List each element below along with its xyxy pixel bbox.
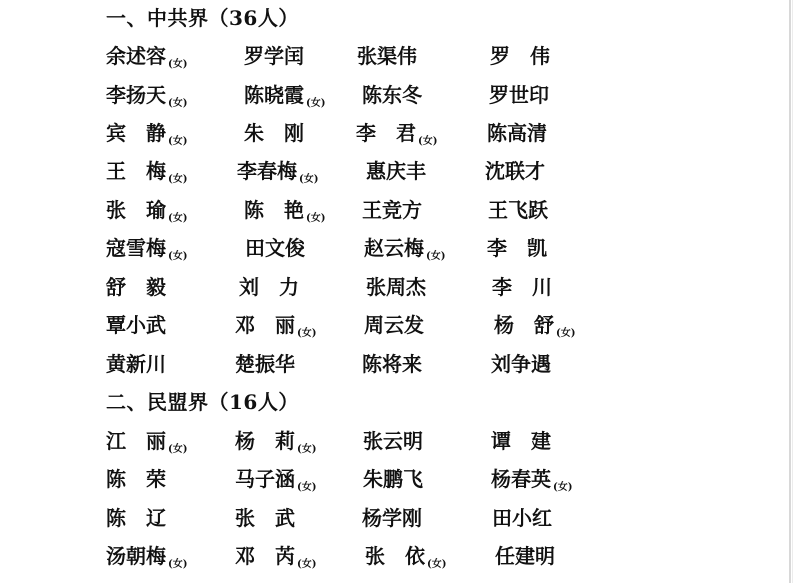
member-name: 宾 静(女) — [106, 120, 187, 146]
name-row: 覃小武 邓 丽(女) 周云发 杨 舒(女) — [0, 312, 787, 338]
member-name: 刘 力 — [239, 274, 299, 300]
page-border — [789, 0, 791, 583]
page-border-shadow — [792, 0, 793, 583]
member-name: 陈将来 — [362, 351, 422, 377]
member-name: 王竞方 — [362, 197, 422, 223]
member-name: 王 梅(女) — [106, 158, 187, 184]
female-marker: (女) — [427, 559, 446, 570]
member-name: 罗 伟 — [490, 43, 550, 69]
member-name: 黄新川 — [106, 351, 166, 377]
member-name: 覃小武 — [106, 312, 166, 338]
member-name: 朱 刚 — [244, 120, 304, 146]
member-name: 李扬天(女) — [106, 82, 187, 108]
name-row: 舒 毅 刘 力 张周杰 李 川 — [0, 274, 787, 300]
member-name: 张云明 — [363, 428, 423, 454]
member-name: 任建明 — [495, 543, 555, 569]
name-row: 王 梅(女) 李春梅(女) 惠庆丰 沈联才 — [0, 158, 787, 184]
member-name: 江 丽(女) — [106, 428, 187, 454]
member-name: 陈东冬 — [362, 82, 422, 108]
member-name: 陈 辽 — [106, 505, 166, 531]
member-name: 张渠伟 — [357, 43, 417, 69]
member-name: 罗世印 — [489, 82, 549, 108]
member-name: 陈晓霞(女) — [244, 82, 325, 108]
member-name: 邓 丽(女) — [235, 312, 316, 338]
name-row: 余述容(女) 罗学闰 张渠伟 罗 伟 — [0, 43, 787, 69]
name-row: 寇雪梅(女) 田文俊 赵云梅(女) 李 凯 — [0, 235, 787, 261]
member-name: 李 凯 — [487, 235, 547, 261]
name-row: 汤朝梅(女) 邓 芮(女) 张 依(女) 任建明 — [0, 543, 787, 569]
member-name: 杨 莉(女) — [235, 428, 316, 454]
member-name: 刘争遇 — [491, 351, 551, 377]
member-name: 周云发 — [364, 312, 424, 338]
member-name: 张 依(女) — [365, 543, 446, 569]
female-marker: (女) — [297, 444, 316, 455]
female-marker: (女) — [168, 98, 187, 109]
member-name: 杨 舒(女) — [494, 312, 575, 338]
member-name: 张周杰 — [366, 274, 426, 300]
member-name: 舒 毅 — [106, 274, 166, 300]
female-marker: (女) — [168, 174, 187, 185]
member-name: 李 君(女) — [356, 120, 437, 146]
member-name: 马子涵(女) — [235, 466, 316, 492]
female-marker: (女) — [299, 174, 318, 185]
member-name: 杨春英(女) — [491, 466, 572, 492]
member-name: 陈 艳(女) — [244, 197, 325, 223]
female-marker: (女) — [297, 559, 316, 570]
member-name: 沈联才 — [485, 158, 545, 184]
member-name: 陈高清 — [487, 120, 547, 146]
female-marker: (女) — [168, 213, 187, 224]
name-row: 宾 静(女) 朱 刚 李 君(女) 陈高清 — [0, 120, 787, 146]
member-name: 田小红 — [492, 505, 552, 531]
member-name: 邓 芮(女) — [235, 543, 316, 569]
female-marker: (女) — [556, 328, 575, 339]
member-name: 杨学刚 — [362, 505, 422, 531]
female-marker: (女) — [297, 482, 316, 493]
member-name: 罗学闰 — [244, 43, 304, 69]
female-marker: (女) — [306, 98, 325, 109]
member-name: 赵云梅(女) — [364, 235, 445, 261]
name-row: 陈 荣 马子涵(女) 朱鹏飞 杨春英(女) — [0, 466, 787, 492]
female-marker: (女) — [168, 559, 187, 570]
female-marker: (女) — [553, 482, 572, 493]
name-row: 黄新川 楚振华 陈将来 刘争遇 — [0, 351, 787, 377]
name-row: 李扬天(女) 陈晓霞(女) 陈东冬 罗世印 — [0, 82, 787, 108]
female-marker: (女) — [168, 251, 187, 262]
member-name: 李春梅(女) — [237, 158, 318, 184]
member-name: 楚振华 — [235, 351, 295, 377]
member-name: 张 武 — [235, 505, 295, 531]
member-name: 朱鹏飞 — [363, 466, 423, 492]
member-name: 田文俊 — [245, 235, 305, 261]
section-title-ccp: 一、中共界（36人） — [106, 5, 299, 31]
name-row: 江 丽(女) 杨 莉(女) 张云明 谭 建 — [0, 428, 787, 454]
female-marker: (女) — [297, 328, 316, 339]
member-name: 谭 建 — [491, 428, 551, 454]
member-name: 余述容(女) — [106, 43, 187, 69]
female-marker: (女) — [168, 59, 187, 70]
member-name: 陈 荣 — [106, 466, 166, 492]
section-title-china-democratic-league: 二、民盟界（16人） — [106, 389, 299, 415]
member-name: 汤朝梅(女) — [106, 543, 187, 569]
member-name: 惠庆丰 — [366, 158, 426, 184]
document-page: 一、中共界（36人） 余述容(女) 罗学闰 张渠伟 罗 伟 李扬天(女) 陈晓霞… — [0, 0, 787, 583]
female-marker: (女) — [168, 136, 187, 147]
member-name: 张 瑜(女) — [106, 197, 187, 223]
female-marker: (女) — [306, 213, 325, 224]
member-name: 王飞跃 — [488, 197, 548, 223]
member-name: 寇雪梅(女) — [106, 235, 187, 261]
female-marker: (女) — [168, 444, 187, 455]
female-marker: (女) — [426, 251, 445, 262]
member-name: 李 川 — [492, 274, 552, 300]
name-row: 张 瑜(女) 陈 艳(女) 王竞方 王飞跃 — [0, 197, 787, 223]
female-marker: (女) — [418, 136, 437, 147]
name-row: 陈 辽 张 武 杨学刚 田小红 — [0, 505, 787, 531]
